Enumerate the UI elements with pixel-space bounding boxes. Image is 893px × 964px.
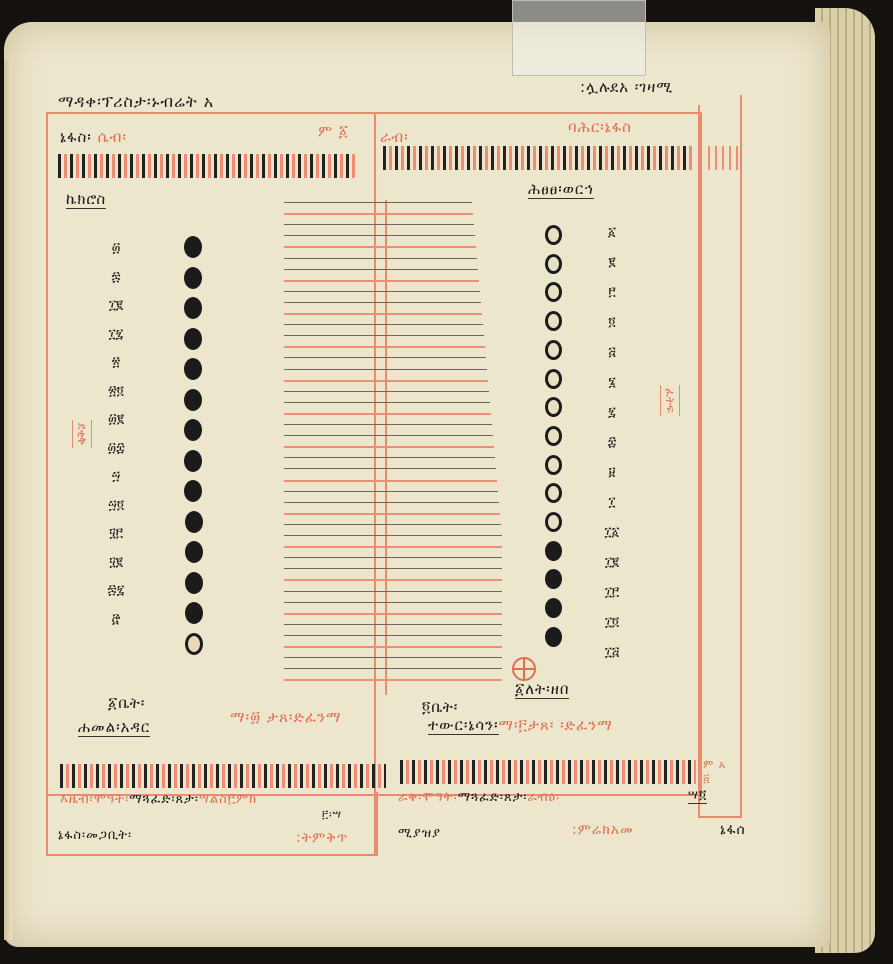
right-dot	[545, 541, 562, 561]
left-bottom-sub: ፫፡ሣ	[322, 808, 342, 822]
right-dot	[545, 369, 562, 389]
left-number: ፳	[96, 349, 136, 378]
right-number: ፲፪	[592, 548, 632, 578]
red-rule	[284, 646, 502, 648]
right-number: ፲	[592, 488, 632, 518]
right-margin-rule-2	[740, 95, 742, 817]
left-number: ፳፬	[96, 378, 136, 407]
red-rule	[284, 213, 473, 215]
left-vertical-label: ደቂቅ	[72, 420, 92, 448]
red-rule	[284, 613, 502, 615]
right-outside-label: ሚያዝያ	[398, 826, 441, 841]
left-dot	[185, 572, 203, 594]
decorative-bar-bottom-left	[60, 764, 386, 788]
header-right-title: :ሏሉደአ ፡ገዛሚ	[580, 78, 673, 96]
ink-rule	[284, 302, 481, 303]
margin-bottom-rule	[698, 816, 742, 818]
right-number: ፲፩	[592, 518, 632, 548]
red-rule	[284, 346, 485, 348]
ink-rule	[284, 235, 475, 236]
right-number: ፩	[592, 218, 632, 248]
decorative-bar-bottom-right	[400, 760, 696, 784]
left-dot	[184, 450, 202, 472]
ink-rule	[284, 324, 483, 325]
right-dot	[545, 225, 562, 245]
binding-edge	[4, 60, 12, 940]
right-number: ፱	[592, 458, 632, 488]
ink-rule	[284, 402, 490, 403]
right-bottom-line: ራቅ፡ሞዓት፡ማጓፈድ፡ጸታ፡ራብዕ፡	[398, 790, 560, 805]
transparent-tab	[512, 0, 646, 76]
red-rule	[284, 480, 497, 482]
left-footer-red: ማ፡፴ ታጸ፡ድፈንማ	[230, 708, 341, 726]
right-footer-line-1: ፬ቤት፡	[422, 698, 458, 716]
right-number: ፲፫	[592, 578, 632, 608]
red-rule	[284, 579, 502, 581]
left-dot	[185, 633, 203, 655]
right-top-label: ራብ፡	[380, 128, 409, 146]
right-column-heading: ሕፀፀ፡ወርኅ	[528, 180, 594, 199]
ink-rule	[284, 602, 502, 603]
left-dot	[184, 267, 202, 289]
ink-rule	[284, 557, 502, 558]
red-rule	[284, 679, 502, 681]
left-number: ፲፪	[96, 292, 136, 321]
red-rule	[284, 280, 479, 282]
right-number: ፫	[592, 278, 632, 308]
left-dot	[184, 236, 202, 258]
ink-rule	[284, 502, 499, 503]
ink-rule	[284, 468, 496, 469]
ink-rule	[284, 335, 484, 336]
right-number: ፲፭	[592, 638, 632, 668]
decorative-bar-margin	[708, 146, 738, 170]
left-outside-label: ኔፋስ፡መጋቢት፡	[58, 828, 132, 843]
ink-rule	[284, 224, 474, 225]
left-dot	[185, 511, 203, 533]
left-dot	[185, 602, 203, 624]
left-footer-line-1: ፩ቤት፡	[108, 694, 145, 712]
red-rule	[284, 413, 491, 415]
ink-rule	[284, 424, 492, 425]
ink-rule	[284, 291, 480, 292]
ink-rule	[284, 668, 502, 669]
left-number: ፵	[96, 463, 136, 492]
ink-rule	[284, 624, 502, 625]
left-footer-line-2: ሐመል፡አዳር	[78, 718, 150, 737]
ink-rule	[284, 591, 502, 592]
left-dot	[184, 358, 202, 380]
right-dot	[545, 426, 562, 446]
right-number: ፲፬	[592, 608, 632, 638]
left-outside-red: :ትምቅጥ	[296, 830, 348, 846]
decorative-bar-top-left	[58, 154, 358, 178]
header-left-title: ማዳቀ፡ፕሪስታ፡ኑብሬት አ	[58, 92, 214, 112]
ink-rule	[284, 657, 502, 658]
ink-rule	[284, 491, 498, 492]
left-number: ፴፪	[96, 406, 136, 435]
right-bottom-end: ሣ፬	[688, 788, 707, 804]
ink-rule	[284, 568, 502, 569]
right-number-column: ፩ ፪ ፫ ፬ ፭ ፮ ፯ ፰ ፱ ፲ ፲፩ ፲፪ ፲፫ ፲፬ ፲፭	[592, 218, 632, 668]
left-number: ፴	[96, 235, 136, 264]
right-number: ፯	[592, 398, 632, 428]
left-number: ፸	[96, 606, 136, 635]
ink-rule	[284, 524, 501, 525]
ink-rule	[284, 457, 495, 458]
right-number: ፮	[592, 368, 632, 398]
left-number: ፶፪	[96, 549, 136, 578]
ink-rule	[284, 269, 478, 270]
right-margin-rule-1	[698, 105, 700, 817]
right-dot	[545, 455, 562, 475]
right-outside-end: ኔፋሰ	[720, 822, 746, 838]
ink-rule	[284, 258, 477, 259]
right-top-right-label: ባሕር፡ኔፋስ	[568, 118, 632, 136]
right-dot	[545, 311, 562, 331]
left-number: ፴፰	[96, 435, 136, 464]
left-number: ፷፯	[96, 577, 136, 606]
red-rule	[284, 546, 502, 548]
right-dot	[545, 512, 562, 532]
right-number: ፭	[592, 338, 632, 368]
left-number: ፷	[96, 264, 136, 293]
left-dot	[184, 419, 202, 441]
right-dot	[545, 340, 562, 360]
right-number: ፰	[592, 428, 632, 458]
right-footer-heading: ፩ለት፡ዘበ	[515, 680, 569, 699]
ink-rule	[284, 435, 493, 436]
left-number: ፵፬	[96, 492, 136, 521]
ink-rule	[284, 202, 472, 203]
right-footer-line-2: ተውር፡ኔሳን፡ማ፡፫ታጸ፡ ፡ድፈንማ	[428, 716, 613, 734]
cross-circle-icon	[512, 657, 536, 681]
right-number: ፬	[592, 308, 632, 338]
left-dot	[185, 541, 203, 563]
red-rule	[284, 446, 494, 448]
red-rule	[284, 380, 488, 382]
left-dot	[184, 389, 202, 411]
left-dot	[184, 480, 202, 502]
left-number: ፶፫	[96, 520, 136, 549]
right-dot	[545, 598, 562, 618]
ink-rule	[284, 391, 489, 392]
margin-red-note: ም አ ፭	[703, 758, 733, 786]
right-vertical-label: ፈትፍ	[660, 385, 680, 416]
left-dot	[184, 328, 202, 350]
ink-rule	[284, 357, 486, 358]
left-number: ፲፯	[96, 321, 136, 350]
decorative-bar-top-right	[383, 146, 693, 170]
left-bottom-line: እዜብ፡ሞዓት፡ማጓፈድ፡ጸታ፡ሣልስ፫ምክ	[60, 792, 257, 807]
red-rule	[284, 313, 482, 315]
left-top-right-label: ም ፩	[318, 122, 349, 140]
ink-rule	[284, 635, 502, 636]
left-top-label: ኔፋስ፡ ሴብ፡	[60, 128, 127, 146]
red-rule	[284, 513, 500, 515]
red-rule	[284, 246, 476, 248]
right-number: ፪	[592, 248, 632, 278]
left-dot	[184, 297, 202, 319]
left-number-column: ፴ ፷ ፲፪ ፲፯ ፳ ፳፬ ፴፪ ፴፰ ፵ ፵፬ ፶፫ ፶፪ ፷፯ ፸	[96, 235, 136, 634]
left-column-heading: ኬክሮስ	[66, 190, 106, 209]
right-outside-red: :ምሬክአመ	[572, 822, 634, 838]
right-dot	[545, 627, 562, 647]
ink-rule	[284, 369, 487, 370]
right-dot	[545, 254, 562, 274]
ink-rule	[284, 535, 502, 536]
